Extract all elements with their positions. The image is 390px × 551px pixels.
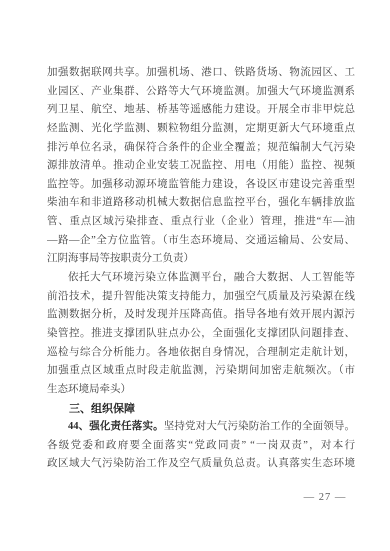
text-line: 列卫星、航空、地基、桥基等遥感能力建设。开展全市非甲烷总 bbox=[47, 101, 355, 120]
text-line: 染管控。推进支撑团队驻点办公，全面强化支撑团队问题排查、 bbox=[47, 325, 355, 344]
text-line: 巡检与综合分析能力。各地依据自身情况，合理制定走航计划， bbox=[47, 344, 355, 363]
section-heading: 三、组织保障 bbox=[47, 400, 355, 419]
text-line: 依托大气环境污染立体监测平台，融合大数据、人工智能等 bbox=[47, 269, 355, 288]
text-line: 烃监测、光化学监测、颗粒物组分监测，定期更新大气环境重点 bbox=[47, 120, 355, 139]
text-line: 监控等。加强移动源环境监管能力建设，各设区市建设完善重型 bbox=[47, 176, 355, 195]
text-line: 加强数据联网共享。加强机场、港口、铁路货场、物流园区、工 bbox=[47, 64, 355, 83]
text-line: 各级党委和政府要全面落实“党政同责” “一岗双责”，对本行 bbox=[47, 437, 355, 456]
text-line: —路—企”全方位监管。（市生态环境局、交通运输局、公安局、 bbox=[47, 232, 355, 251]
text-line: 业园区、产业集群、公路等大气环境监测。加强大气环境监测系 bbox=[47, 83, 355, 102]
text-line: 管、重点区域污染排查、重点行业（企业）管理，推进“车—油 bbox=[47, 213, 355, 232]
text-line: 前沿技术，提升智能决策支持能力，加强空气质量及污染源在线 bbox=[47, 288, 355, 307]
document-page: 加强数据联网共享。加强机场、港口、铁路货场、物流园区、工 业园区、产业集群、公路… bbox=[0, 0, 390, 551]
page-number: — 27 — bbox=[285, 492, 365, 503]
text-line-paragraph-end: 江阴海事局等按职责分工负责） bbox=[47, 250, 355, 269]
text-line: 源排放清单。推动企业安装工况监控、用电（用能）监控、视频 bbox=[47, 157, 355, 176]
item-body: 坚持党对大气污染防治工作的全面领导。 bbox=[164, 421, 355, 432]
text-line-paragraph-end: 生态环境局牵头） bbox=[47, 381, 355, 400]
text-line: 44、强化责任落实。坚持党对大气污染防治工作的全面领导。 bbox=[47, 418, 355, 437]
text-line: 监测数据分析，及时发现并压降高值。指导各地有效开展内源污 bbox=[47, 306, 355, 325]
text-line: 柴油车和非道路移动机械大数据信息监控平台，强化车辆排放监 bbox=[47, 194, 355, 213]
text-line: 政区域大气污染防治工作及空气质量负总责。认真落实生态环境 bbox=[47, 455, 355, 474]
text-line: 加强重点区域重点时段走航监测，污染期间加密走航频次。（市 bbox=[47, 362, 355, 381]
text-line: 排污单位名录，确保符合条件的企业全覆盖；规范编制大气污染 bbox=[47, 139, 355, 158]
body-text: 加强数据联网共享。加强机场、港口、铁路货场、物流园区、工 业园区、产业集群、公路… bbox=[47, 64, 355, 474]
item-title: 44、强化责任落实。 bbox=[68, 421, 164, 432]
